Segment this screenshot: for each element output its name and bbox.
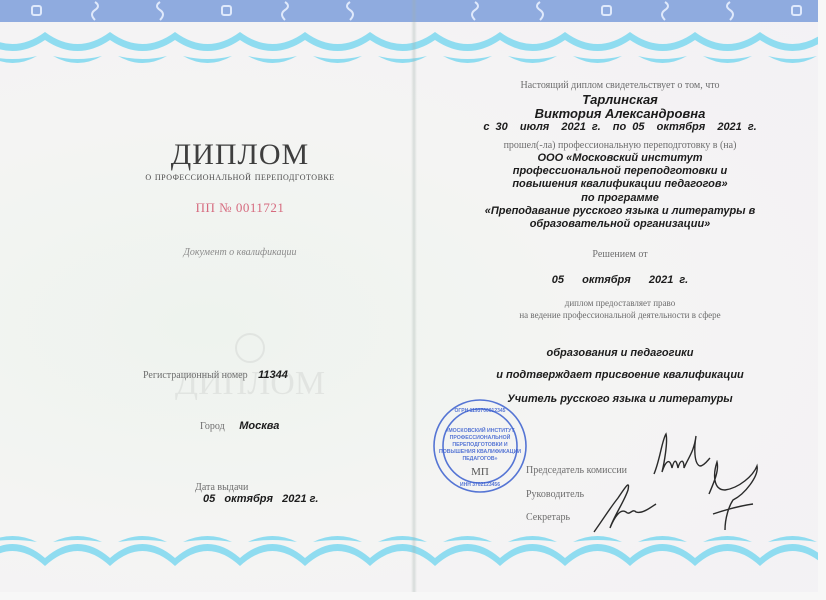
svg-text:«МОСКОВСКИЙ ИНСТИТУТ: «МОСКОВСКИЙ ИНСТИТУТ <box>445 426 515 434</box>
by-program-label: по программе <box>440 192 800 204</box>
recipient-surname: Тарлинская <box>440 92 800 107</box>
recipient-name: Виктория Александровна <box>440 106 800 121</box>
diploma-subtitle: о профессиональной переподготовке <box>60 171 420 183</box>
secretary-signature <box>705 460 765 532</box>
svg-text:ИНН 3702123456: ИНН 3702123456 <box>460 482 500 488</box>
issue-date-value: 05 октября 2021 г. <box>203 493 318 505</box>
professional-field: образования и педагогики <box>440 347 800 359</box>
city-label: Город <box>200 421 225 432</box>
secretary-label: Секретарь <box>526 512 570 523</box>
bottom-lace-ornament <box>0 528 818 572</box>
confirm-qualification-text: и подтверждает присвоение квалификации <box>440 369 800 381</box>
chairman-label: Председатель комиссии <box>526 465 627 476</box>
svg-text:ПОВЫШЕНИЯ КВАЛИФИКАЦИИ: ПОВЫШЕНИЯ КВАЛИФИКАЦИИ <box>439 449 521 455</box>
top-lace-ornament <box>0 26 818 70</box>
registration-label: Регистрационный номер <box>143 370 248 381</box>
svg-text:ПЕДАГОГОВ»: ПЕДАГОГОВ» <box>462 456 497 462</box>
document-qualification-label: Документ о квалификации <box>100 247 380 258</box>
diploma-sheet: ДИПЛОМ о профессиональной переподготовке… <box>0 0 818 592</box>
serial-number: ПП № 0011721 <box>130 200 350 216</box>
program-line: «Преподавание русского языка и литератур… <box>440 205 800 218</box>
city-value: Москва <box>239 420 279 432</box>
scan-edge-bottom <box>0 592 826 600</box>
organization-line: повышения квалификации педагогов» <box>440 178 800 191</box>
page-fold <box>411 0 417 592</box>
decision-label: Решением от <box>440 249 800 260</box>
svg-text:МП: МП <box>471 466 489 478</box>
official-stamp: ОГРН 1193700012345 ИНН 3702123456 «МОСКО… <box>432 398 528 494</box>
right-text-line-2: на ведение профессиональной деятельности… <box>440 310 800 320</box>
issue-date-label: Дата выдачи <box>195 482 248 493</box>
top-border-band <box>0 0 818 22</box>
registration-number: 11344 <box>258 369 288 381</box>
passed-text: прошел(-ла) профессиональную переподгото… <box>440 140 800 151</box>
training-dates: с 30 июля 2021 г. по 05 октября 2021 г. <box>440 121 800 133</box>
organization-name: ООО «Московский институт профессионально… <box>440 152 800 191</box>
intro-text: Настоящий диплом свидетельствует о том, … <box>440 80 800 91</box>
city-row: Город Москва <box>200 420 279 432</box>
watermark-emblem: ДИПЛОМ <box>150 330 350 400</box>
svg-text:ПЕРЕПОДГОТОВКИ И: ПЕРЕПОДГОТОВКИ И <box>452 442 508 448</box>
scan-edge-right <box>818 0 826 600</box>
svg-text:ПРОФЕССИОНАЛЬНОЙ: ПРОФЕССИОНАЛЬНОЙ <box>450 433 511 441</box>
right-text-line-1: диплом предоставляет право <box>440 298 800 308</box>
head-label: Руководитель <box>526 489 584 500</box>
program-line: образовательной организации» <box>440 218 800 231</box>
diploma-title: ДИПЛОМ <box>100 138 380 172</box>
registration-row: Регистрационный номер 11344 <box>143 369 288 381</box>
issue-date-row: Дата выдачи 05 октября 2021 г. <box>185 471 318 516</box>
head-signature <box>590 478 660 534</box>
svg-text:ОГРН 1193700012345: ОГРН 1193700012345 <box>455 408 506 414</box>
decision-date: 05 октября 2021 г. <box>440 274 800 286</box>
organization-line: ООО «Московский институт <box>440 152 800 165</box>
program-name: «Преподавание русского языка и литератур… <box>440 205 800 231</box>
organization-line: профессиональной переподготовки и <box>440 165 800 178</box>
